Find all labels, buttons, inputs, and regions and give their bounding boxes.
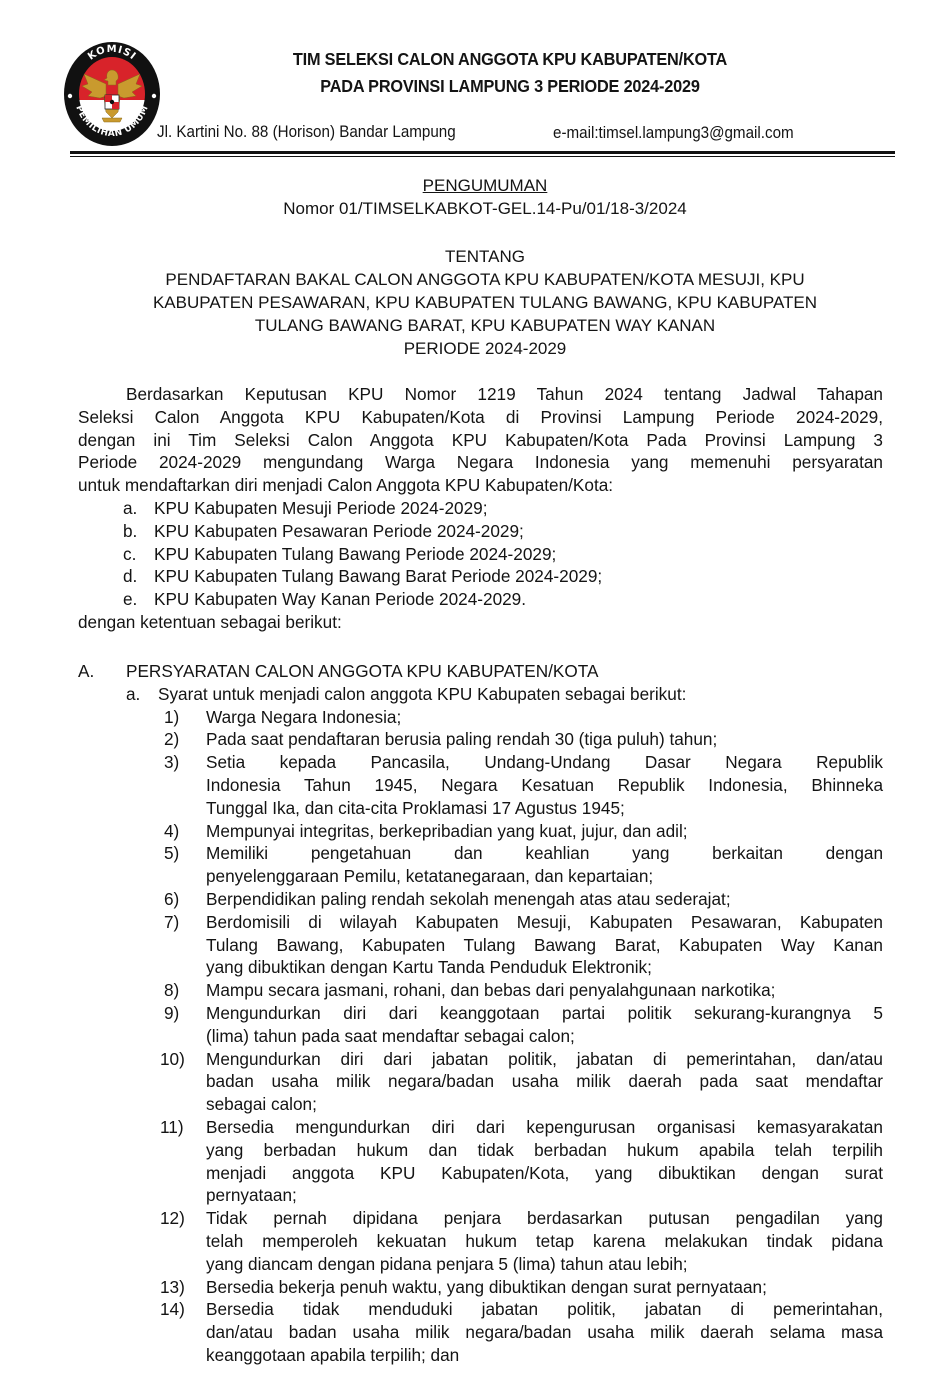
requirement-line: Mampu secara jasmani, rohani, dan bebas … xyxy=(206,979,883,1002)
intro-line: Seleksi Calon Anggota KPU Kabupaten/Kota… xyxy=(78,406,883,429)
requirement-line: pernyataan; xyxy=(206,1184,883,1207)
requirement-line: Mengundurkan diri dari keanggotaan parta… xyxy=(206,1002,883,1025)
requirement-marker: 3) xyxy=(164,751,179,774)
requirement-line: Tidak pernah dipidana penjara berdasarka… xyxy=(206,1207,883,1230)
requirement-line: dan/atau badan usaha milik negara/badan … xyxy=(206,1321,883,1344)
requirement-line: Pada saat pendaftaran berusia paling ren… xyxy=(206,728,883,751)
requirement-line: Berpendidikan paling rendah sekolah mene… xyxy=(206,888,883,911)
intro-line: untuk mendaftarkan diri menjadi Calon An… xyxy=(78,474,883,497)
list-marker: d. xyxy=(123,565,137,588)
requirement-line: yang diancam dengan pidana penjara 5 (li… xyxy=(206,1253,883,1276)
section-title: PERSYARATAN CALON ANGGOTA KPU KABUPATEN/… xyxy=(126,660,598,683)
requirement-marker: 12) xyxy=(160,1207,185,1230)
kpu-logo: KOMISI PEMILIHAN UMUM xyxy=(62,40,162,148)
requirement-line: Berdomisili di wilayah Kabupaten Mesuji,… xyxy=(206,911,883,934)
list-marker: a. xyxy=(123,497,137,520)
requirement-marker: 2) xyxy=(164,728,179,751)
requirement-marker: 13) xyxy=(160,1276,185,1299)
regency-item: KPU Kabupaten Mesuji Periode 2024-2029; xyxy=(154,497,487,520)
letterhead-email[interactable]: e-mail:timsel.lampung3@gmail.com xyxy=(553,124,794,143)
requirement-marker: 14) xyxy=(160,1298,185,1321)
requirement-line: badan usaha milik negara/badan usaha mil… xyxy=(206,1070,883,1093)
subsection-title: Syarat untuk menjadi calon anggota KPU K… xyxy=(158,683,686,706)
requirement-line: telah memperoleh kekuatan hukum tetap ka… xyxy=(206,1230,883,1253)
requirement-line: Setia kepada Pancasila, Undang-Undang Da… xyxy=(206,751,883,774)
regency-item: KPU Kabupaten Way Kanan Periode 2024-202… xyxy=(154,588,526,611)
requirement-marker: 8) xyxy=(164,979,179,1002)
subject-line: PERIODE 2024-2029 xyxy=(60,339,910,359)
kpu-garuda-emblem-icon: KOMISI PEMILIHAN UMUM xyxy=(62,40,162,148)
requirement-line: Bersedia bekerja penuh waktu, yang dibuk… xyxy=(206,1276,883,1299)
requirement-line: sebagai calon; xyxy=(206,1093,883,1116)
intro-line: Periode 2024-2029 mengundang Warga Negar… xyxy=(78,451,883,474)
requirement-marker: 4) xyxy=(164,820,179,843)
list-marker: b. xyxy=(123,520,137,543)
requirement-line: Indonesia Tahun 1945, Negara Kesatuan Re… xyxy=(206,774,883,797)
requirement-marker: 9) xyxy=(164,1002,179,1025)
letterhead-address: Jl. Kartini No. 88 (Horison) Bandar Lamp… xyxy=(157,123,456,142)
requirement-marker: 6) xyxy=(164,888,179,911)
letterhead-title-line1: TIM SELEKSI CALON ANGGOTA KPU KABUPATEN/… xyxy=(203,49,817,70)
requirement-marker: 7) xyxy=(164,911,179,934)
requirement-line: Memiliki pengetahuan dan keahlian yang b… xyxy=(206,842,883,865)
intro-closing: dengan ketentuan sebagai berikut: xyxy=(78,611,342,634)
intro-line: dengan ini Tim Seleksi Calon Anggota KPU… xyxy=(78,429,883,452)
requirement-line: yang dibuktikan dengan Kartu Tanda Pendu… xyxy=(206,956,883,979)
section-marker: A. xyxy=(78,660,94,683)
list-marker: e. xyxy=(123,588,137,611)
requirement-line: Tulang Bawang, Kabupaten Tulang Bawang B… xyxy=(206,934,883,957)
regency-item: KPU Kabupaten Tulang Bawang Periode 2024… xyxy=(154,543,556,566)
requirement-line: menjadi anggota KPU Kabupaten/Kota, yang… xyxy=(206,1162,883,1185)
regency-item: KPU Kabupaten Pesawaran Periode 2024-202… xyxy=(154,520,524,543)
requirement-line: Warga Negara Indonesia; xyxy=(206,706,883,729)
requirement-line: penyelenggaraan Pemilu, ketatanegaraan, … xyxy=(206,865,883,888)
requirement-line: Bersedia mengundurkan diri dari kepengur… xyxy=(206,1116,883,1139)
requirement-line: yang berbadan hukum dan tidak berbadan h… xyxy=(206,1139,883,1162)
requirement-marker: 5) xyxy=(164,842,179,865)
list-marker: c. xyxy=(123,543,136,566)
requirement-line: Mempunyai integritas, berkepribadian yan… xyxy=(206,820,883,843)
requirement-line: Mengundurkan diri dari jabatan politik, … xyxy=(206,1048,883,1071)
announcement-number: Nomor 01/TIMSELKABKOT-GEL.14-Pu/01/18-3/… xyxy=(60,199,910,219)
subsection-marker: a. xyxy=(126,683,140,706)
subject-line: KABUPATEN PESAWARAN, KPU KABUPATEN TULAN… xyxy=(60,293,910,313)
requirement-marker: 1) xyxy=(164,706,179,729)
requirement-line: Tunggal Ika, dan cita-cita Proklamasi 17… xyxy=(206,797,883,820)
about-label: TENTANG xyxy=(60,247,910,267)
requirement-line: Bersedia tidak menduduki jabatan politik… xyxy=(206,1298,883,1321)
subject-line: PENDAFTARAN BAKAL CALON ANGGOTA KPU KABU… xyxy=(60,270,910,290)
subject-line: TULANG BAWANG BARAT, KPU KABUPATEN WAY K… xyxy=(60,316,910,336)
requirement-line: keanggotaan apabila terpilih; dan xyxy=(206,1344,883,1367)
letterhead-rule xyxy=(70,151,895,154)
regency-item: KPU Kabupaten Tulang Bawang Barat Period… xyxy=(154,565,602,588)
intro-line: Berdasarkan Keputusan KPU Nomor 1219 Tah… xyxy=(126,383,883,406)
requirement-marker: 11) xyxy=(160,1116,184,1139)
letterhead-title-line2: PADA PROVINSI LAMPUNG 3 PERIODE 2024-202… xyxy=(203,76,817,97)
letterhead-rule-thin xyxy=(70,156,895,157)
requirement-line: (lima) tahun pada saat mendaftar sebagai… xyxy=(206,1025,883,1048)
requirement-marker: 10) xyxy=(160,1048,185,1071)
announcement-title: PENGUMUMAN xyxy=(60,176,910,196)
